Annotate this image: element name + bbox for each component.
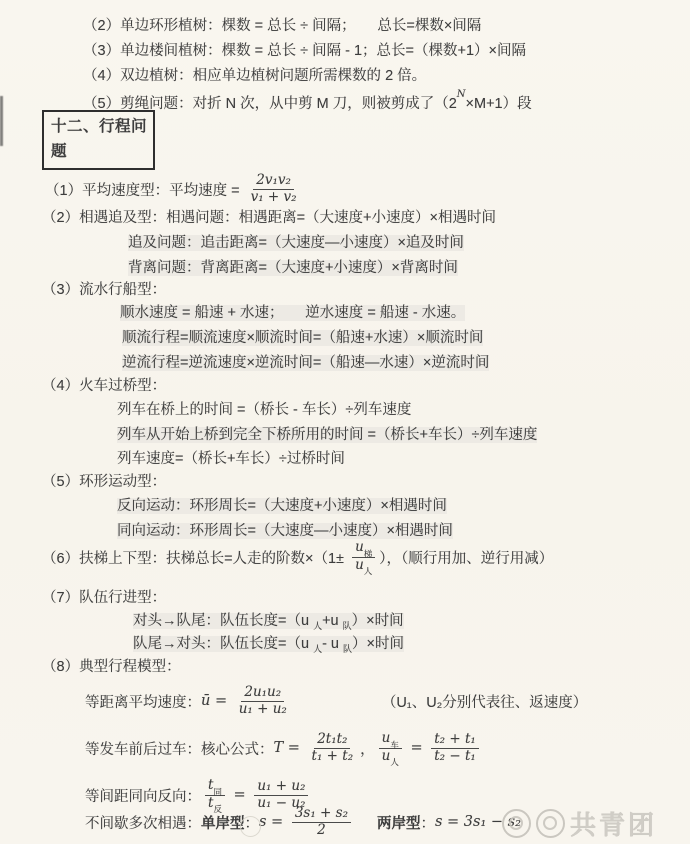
line-text: ）×时间 <box>352 613 404 629</box>
line-circular-motion-head: （5）环形运动型： <box>42 470 166 495</box>
line-text: ），（顺行用加、逆行用减） <box>379 547 553 568</box>
double-bank-label: 两岸型 <box>377 812 421 833</box>
fraction-denominator: u人 <box>352 558 375 574</box>
line-text: （3）流水行船型： <box>42 282 166 298</box>
watermark-at-circle <box>240 816 261 837</box>
line-text: 队尾→对头：队伍长度=（u 人- u 队）×时间 <box>133 636 404 652</box>
line-train-bridge-head: （4）火车过桥型： <box>42 374 166 399</box>
line-text: 列车速度=（桥长+车长）÷过桥时间 <box>117 451 345 467</box>
line-chase-problem: 追及问题：追击距离=（大速度—小速度）×追及时间 <box>128 231 464 256</box>
line-ring-planting: （2）单边环形植树：棵数 = 总长 ÷ 间隔； 总长=棵数×间隔 <box>83 14 481 39</box>
variable-u-bar: ū <box>201 693 210 709</box>
line-train-full-cross-time: 列车从开始上桥到完全下桥所用的时间 =（桥长+车长）÷列车速度 <box>117 423 537 448</box>
fraction-numerator: 2t₁t₂ <box>314 732 350 749</box>
line-text: ）×时间 <box>352 636 404 652</box>
subscript: 队 <box>343 644 352 654</box>
line-text: 队尾→对头：队伍长度=（u <box>133 636 313 652</box>
line-double-side-planting: （4）双边植树：相应单边植树问题所需棵数的 2 倍。 <box>83 64 426 89</box>
variable-u: u <box>355 557 364 573</box>
subscript: 人 <box>313 644 322 654</box>
variable-u: u <box>355 539 364 555</box>
fraction-numerator: 3s₁ + s₂ <box>292 806 351 823</box>
fraction-numerator: 2u₁u₂ <box>241 685 284 702</box>
line-text: （1）平均速度型：平均速度 = <box>45 179 244 200</box>
fraction-denominator: u₁ + u₂ <box>236 702 290 718</box>
fraction-average-speed: 2v₁v₂v₁ + v₂ <box>248 173 300 206</box>
single-bank-label: 单岸型 <box>201 812 245 833</box>
line-stream-boat-head: （3）流水行船型： <box>42 278 166 303</box>
subscript: 梯 <box>364 549 373 559</box>
line-column-march-head: （7）队伍行进型： <box>42 586 166 611</box>
line-text: （2）单边环形植树：棵数 = 总长 ÷ 间隔； 总长=棵数×间隔 <box>83 18 481 34</box>
line-text: （4）火车过桥型： <box>42 378 166 394</box>
scanned-formula-notes-page: （2）单边环形植树：棵数 = 总长 ÷ 间隔； 总长=棵数×间隔 （3）单边楼间… <box>0 0 690 844</box>
subscript: 车 <box>390 740 399 750</box>
fraction-single-bank: 3s₁ + s₂2 <box>292 806 351 839</box>
watermark-logo-circle-icon <box>536 809 565 838</box>
section-title: 十二、行程问题 <box>51 118 147 160</box>
equals-sign: = <box>266 814 287 830</box>
line-text: 顺流行程=顺流速度×顺流时间=（船速+水速）×顺流时间 <box>122 330 483 346</box>
line-text: （6）扶梯上下型：扶梯总长=人走的阶数×（1± <box>42 547 348 568</box>
fraction-denominator: t₁ + t₂ <box>309 749 357 765</box>
line-text: 等发车前后过车：核心公式： <box>85 738 274 759</box>
fraction-denominator: t₂ − t₁ <box>431 749 479 765</box>
line-text: （8）典型行程模型： <box>42 659 181 675</box>
colon: ： <box>421 812 436 833</box>
fraction-numerator: t₂ + t₁ <box>431 732 479 749</box>
fraction-numerator: u梯 <box>352 540 375 557</box>
fraction-numerator: t同 <box>205 778 225 795</box>
line-train-speed: 列车速度=（桥长+车长）÷过桥时间 <box>117 447 345 472</box>
line-equal-distance-average-speed: 等距离平均速度： ū = 2u₁u₂u₁ + u₂ （U₁、U₂分别代表往、返速… <box>85 678 587 724</box>
line-train-on-bridge-time: 列车在桥上的时间 =（桥长 - 车长）÷列车速度 <box>117 398 411 423</box>
note-text: （U₁、U₂分别代表往、返速度） <box>382 691 587 712</box>
line-text: +u <box>322 613 343 629</box>
line-text: （4）双边植树：相应单边植树问题所需棵数的 2 倍。 <box>83 68 426 84</box>
fraction-numerator: 2v₁v₂ <box>253 173 294 190</box>
line-building-planting: （3）单边楼间植树：棵数 = 总长 ÷ 间隔 - 1；总长=（棵数+1）×间隔 <box>83 39 526 64</box>
line-downstream-upstream-speed: 顺水速度 = 船速 + 水速； 逆水速度 = 船速 - 水速。 <box>120 301 465 326</box>
line-text: 顺水速度 = 船速 + 水速； 逆水速度 = 船速 - 水速。 <box>120 305 465 321</box>
line-escalator-type: （6）扶梯上下型：扶梯总长=人走的阶数×（1± u梯 u人 ），（顺行用加、逆行… <box>42 536 553 578</box>
line-average-speed-type: （1）平均速度型：平均速度 = 2v₁v₂v₁ + v₂ <box>45 167 304 211</box>
line-text: ×M+1）段 <box>466 96 532 112</box>
fraction-escalator: u梯 u人 <box>352 540 375 573</box>
line-text: （7）队伍行进型： <box>42 590 166 606</box>
subscript: 队 <box>343 621 352 631</box>
subscript: 同 <box>213 787 222 797</box>
variable-T: T <box>274 740 284 756</box>
line-text: （5）环形运动型： <box>42 474 166 490</box>
line-equal-dispatch-buses: 等发车前后过车：核心公式： T = 2t₁t₂t₁ + t₂ ， u车 u人 =… <box>85 725 483 771</box>
line-text: 反向运动：环形周长=（大速度+小速度）×相遇时间 <box>117 498 447 514</box>
section-title-box: 十二、行程问题 <box>42 110 155 170</box>
comma: ， <box>360 738 375 759</box>
line-downstream-distance: 顺流行程=顺流速度×顺流时间=（船速+水速）×顺流时间 <box>122 326 483 351</box>
fraction-period: 2t₁t₂t₁ + t₂ <box>309 732 357 765</box>
line-text: 列车在桥上的时间 =（桥长 - 车长）÷列车速度 <box>117 402 411 418</box>
line-text: 对头→队尾：队伍长度=（u <box>133 613 313 629</box>
scan-artifact-left-edge <box>0 96 3 146</box>
subscript: 人 <box>313 621 322 631</box>
fraction-denominator: 2 <box>314 823 329 839</box>
line-text: （3）单边楼间植树：棵数 = 总长 ÷ 间隔 - 1；总长=（棵数+1）×间隔 <box>83 43 526 59</box>
watermark-text: 共青团 <box>570 805 657 842</box>
equals-sign: = <box>210 693 231 709</box>
fraction-average: 2u₁u₂u₁ + u₂ <box>236 685 290 718</box>
subscript: 人 <box>364 566 373 576</box>
fraction-time-ratio: t₂ + t₁t₂ − t₁ <box>431 732 479 765</box>
fraction-numerator: u车 <box>379 731 402 748</box>
watermark-logo-circle-icon <box>502 809 531 838</box>
line-typical-models-head: （8）典型行程模型： <box>42 655 181 680</box>
fraction-speed-ratio: u车 u人 <box>379 731 402 764</box>
subscript: 人 <box>390 757 399 767</box>
fraction-denominator: u人 <box>379 749 402 765</box>
line-text: 列车从开始上桥到完全下桥所用的时间 =（桥长+车长）÷列车速度 <box>117 427 537 443</box>
line-text: 背离问题：背离距离=（大速度+小速度）×背离时间 <box>128 260 458 276</box>
line-text: 逆流行程=逆流速度×逆流时间=（船速—水速）×逆流时间 <box>122 355 489 371</box>
line-text: 不间歇多次相遇： <box>85 812 201 833</box>
equals-sign: = <box>406 740 427 756</box>
equals-sign: = <box>283 740 304 756</box>
line-text: - u <box>322 636 343 652</box>
exponent-N: N <box>457 89 466 100</box>
line-multiple-meetings: 不间歇多次相遇： 单岸型 ： s = 3s₁ + s₂2 两岸型 ： s = 3… <box>85 800 521 844</box>
line-opposite-direction: 反向运动：环形周长=（大速度+小速度）×相遇时间 <box>117 494 447 519</box>
line-depart-problem: 背离问题：背离距离=（大速度+小速度）×背离时间 <box>128 256 458 281</box>
line-upstream-distance: 逆流行程=逆流速度×逆流时间=（船速—水速）×逆流时间 <box>122 351 489 376</box>
fraction-numerator: u₁ + u₂ <box>254 779 308 796</box>
line-meet-chase-head: （2）相遇追及型：相遇问题：相遇距离=（大速度+小速度）×相遇时间 <box>42 206 496 231</box>
line-text: （2）相遇追及型：相遇问题：相遇距离=（大速度+小速度）×相遇时间 <box>42 210 496 226</box>
fraction-denominator: v₁ + v₂ <box>248 190 300 206</box>
line-text: 等距离平均速度： <box>85 691 201 712</box>
watermark: 共青团 <box>502 806 657 840</box>
line-text: 追及问题：追击距离=（大速度—小速度）×追及时间 <box>128 235 464 251</box>
line-text: 对头→队尾：队伍长度=（u 人+u 队）×时间 <box>133 613 404 629</box>
